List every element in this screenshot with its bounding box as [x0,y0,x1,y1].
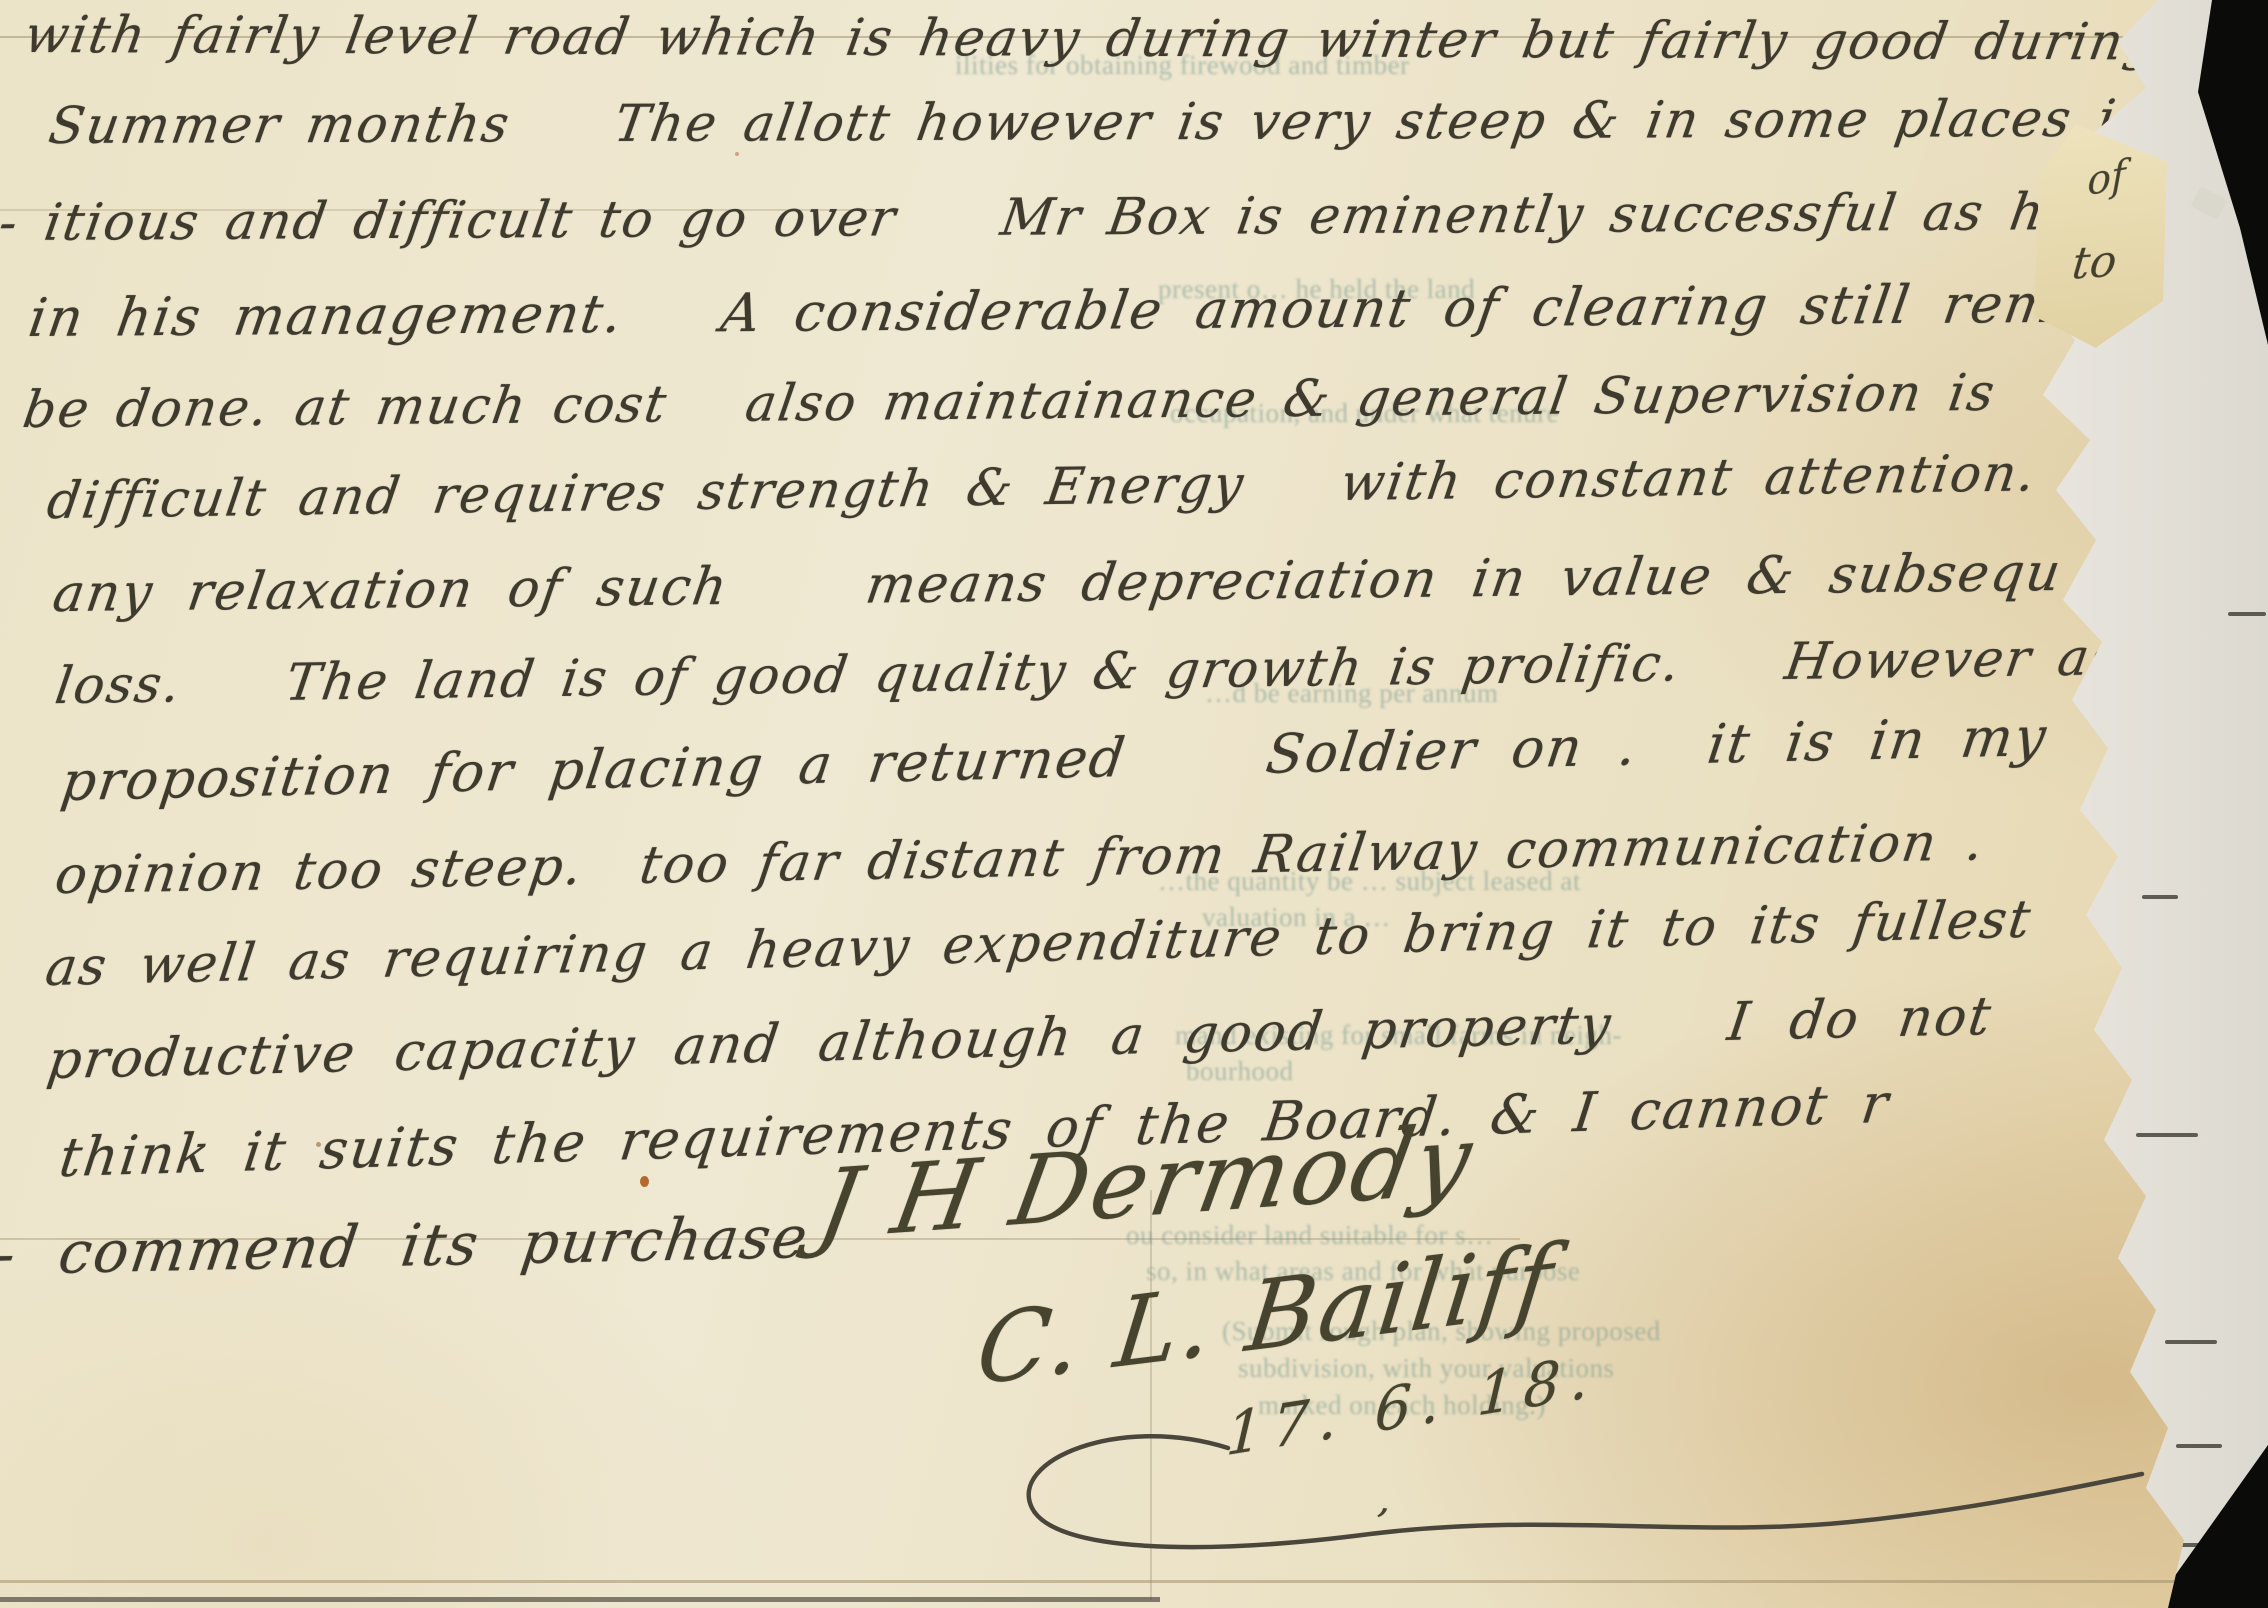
ruled-line-tick [2136,1133,2198,1137]
handwriting-line: loss. The land is of good quality & grow… [51,627,2181,716]
scanned-document-page: ilities for obtaining firewood and timbe… [0,0,2268,1608]
ruled-line-tick [2228,612,2266,616]
signature-flourish [990,1420,2180,1590]
handwriting-line: as well as requiring a heavy expenditure… [42,889,2036,998]
handwriting-line: - itious and difficult to go over Mr Box… [0,183,2155,253]
handwriting-line: Summer months The allott however is very… [45,89,2268,156]
handwriting-line: with fairly level road which is heavy du… [20,6,2268,73]
handwriting-line: in his management. A considerable amount… [25,273,2150,349]
bottom-edge-line [0,1597,1160,1602]
handwriting-line: be done. at much cost also maintainance … [19,364,2000,440]
handwriting-line: opinion too steep. too far distant from … [52,812,1989,906]
ruled-line-tick [2165,1340,2217,1344]
handwriting-line: difficult and requires strength & Energy… [43,444,2040,531]
handwriting-line: productive capacity and although a good … [44,986,1996,1091]
handwriting-line: - commend its purchase [0,1203,813,1288]
handwritten-report-sheet: ilities for obtaining firewood and timbe… [0,0,2268,1608]
ruled-line-tick [2142,895,2178,899]
flap-handwriting-fragment: to [2070,235,2119,290]
flap-handwriting-fragment: of [2087,152,2125,205]
handwriting-line: proposition for placing a returned Soldi… [57,705,2051,813]
ruled-line-tick [2176,1444,2222,1448]
rust-stain [640,1176,649,1187]
handwriting-line: any relaxation of such means depreciatio… [49,543,2066,624]
